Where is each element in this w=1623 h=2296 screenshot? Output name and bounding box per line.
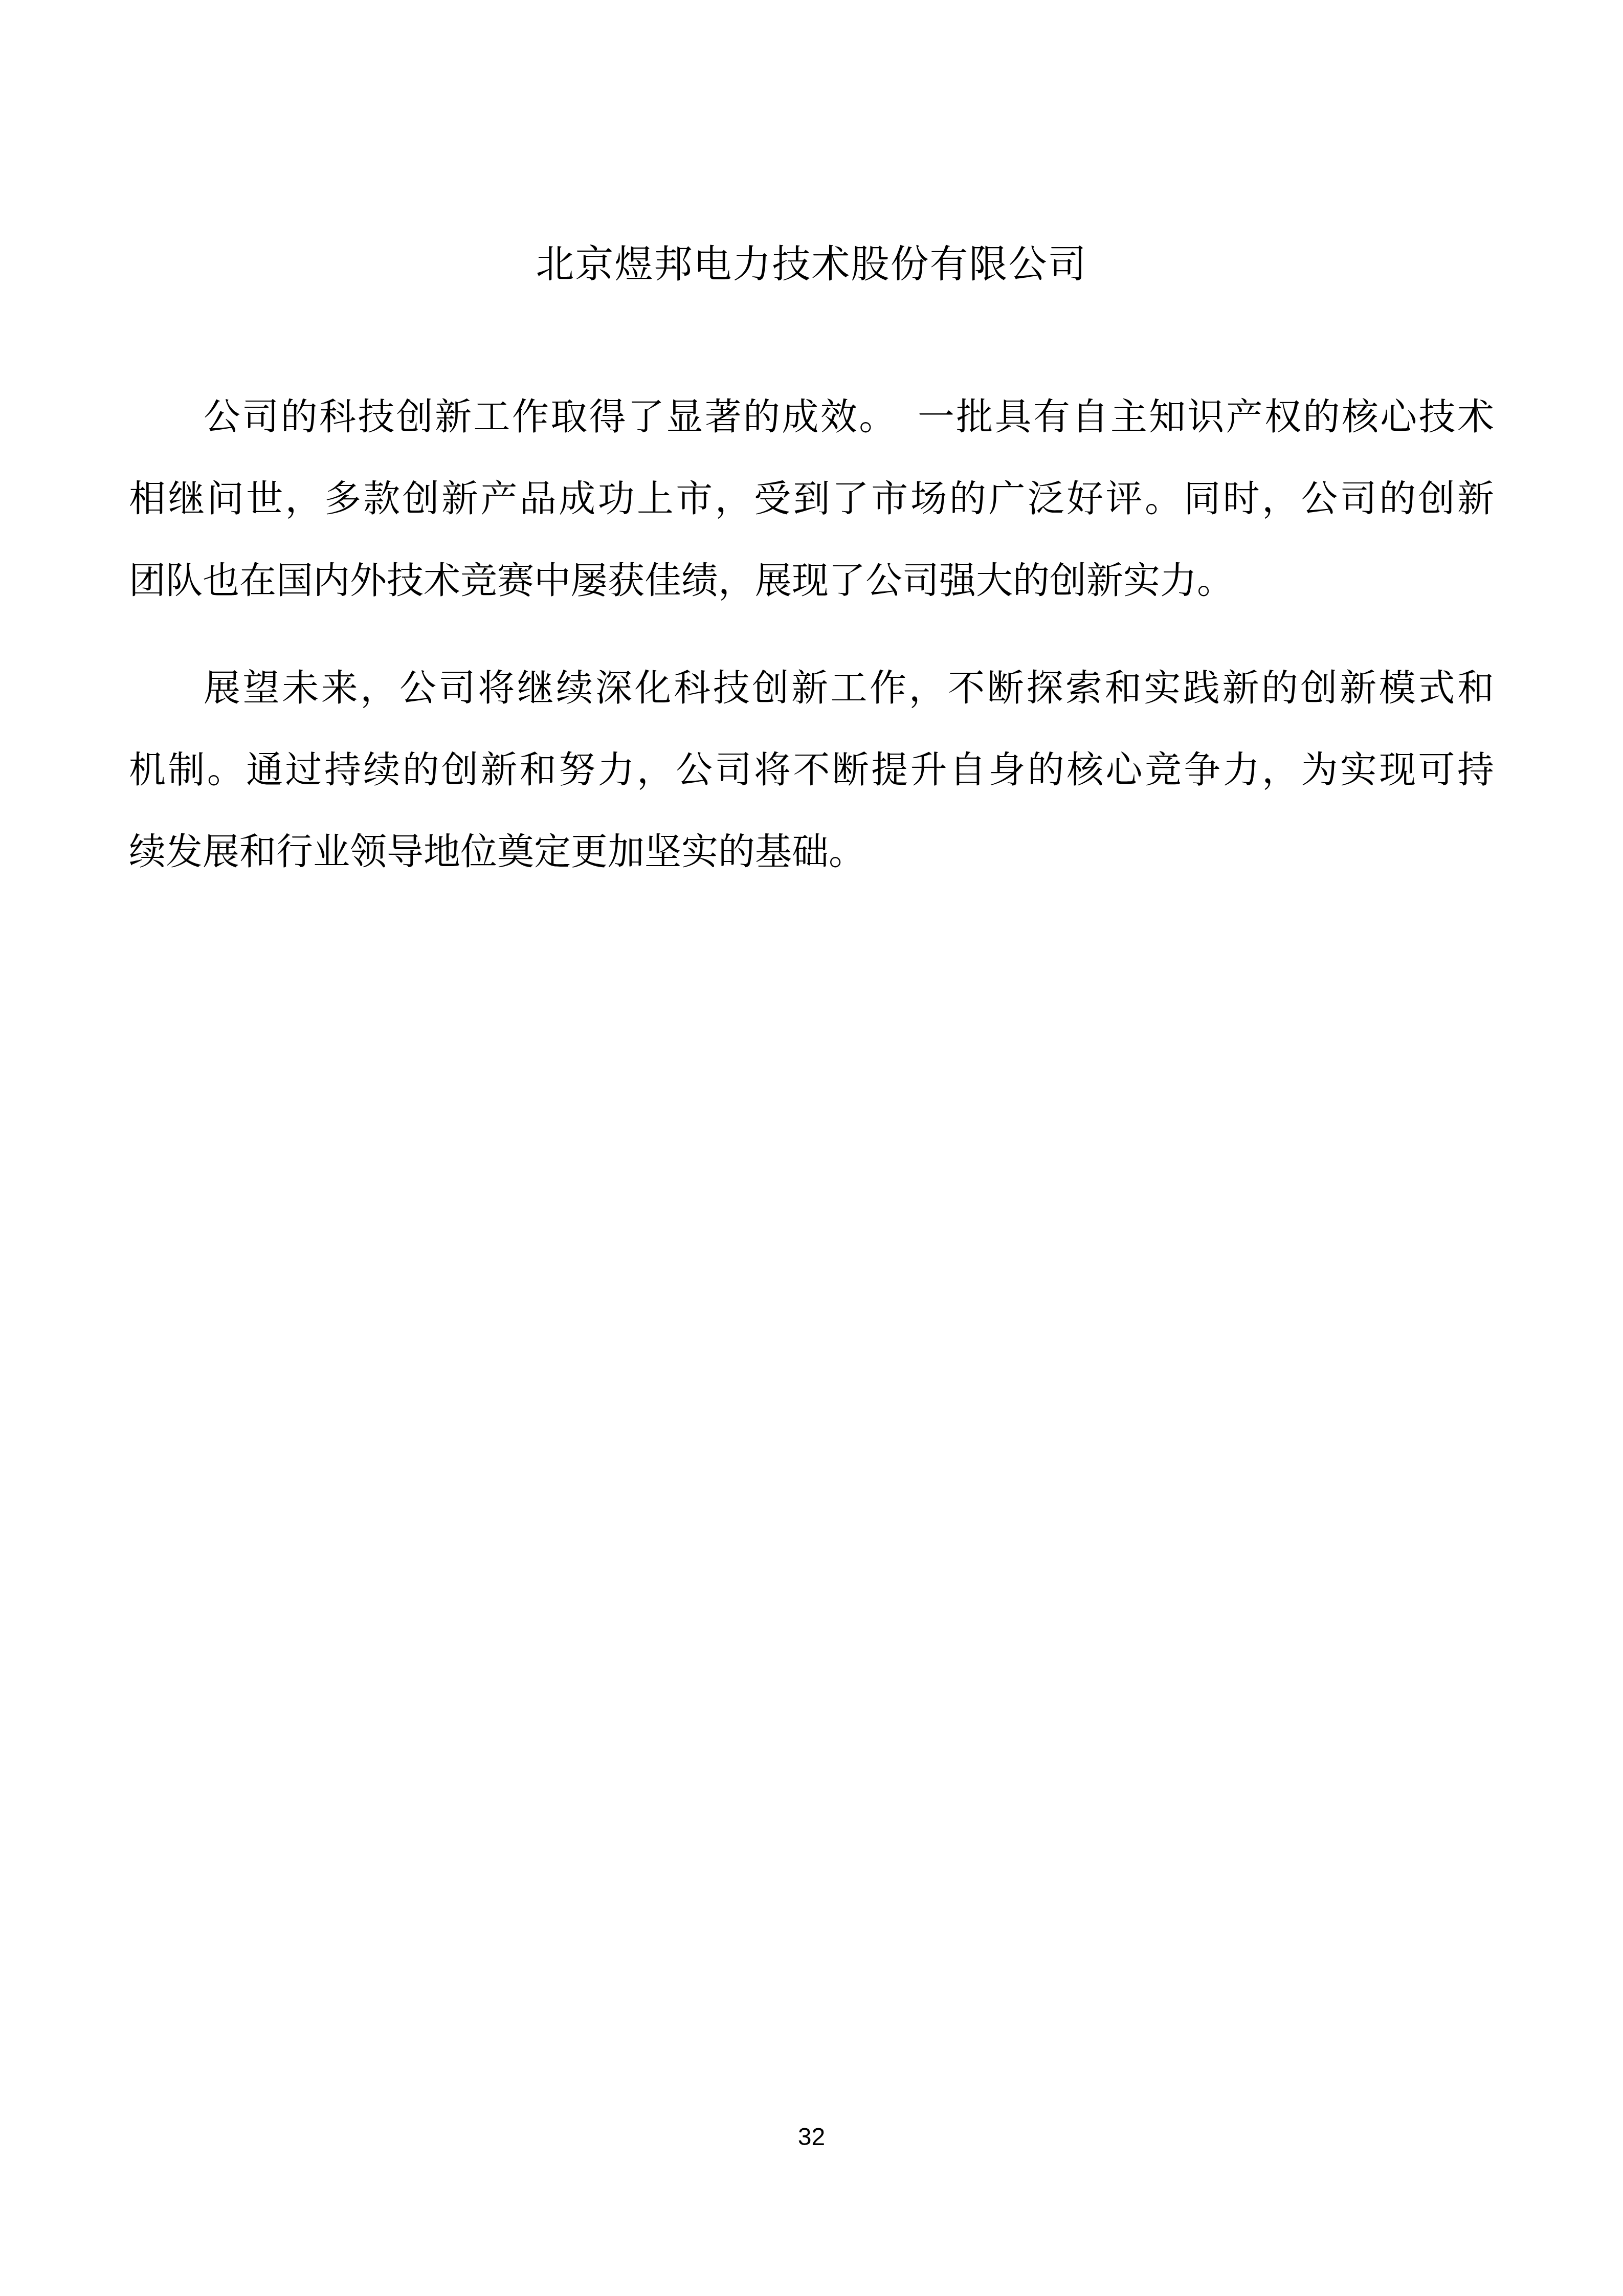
paragraph-1-line-1: 公司的科技创新工作取得了显著的成效。 一批具有自主知识产权的核心技术 [129, 376, 1494, 458]
document-title: 北京煜邦电力技术股份有限公司 [0, 239, 1623, 291]
document-body: 公司的科技创新工作取得了显著的成效。 一批具有自主知识产权的核心技术 相继问世，… [129, 376, 1494, 893]
paragraph-2: 展望未来，公司将继续深化科技创新工作，不断探索和实践新的创新模式和 机制。通过持… [129, 647, 1494, 893]
paragraph-2-line-1: 展望未来，公司将继续深化科技创新工作，不断探索和实践新的创新模式和 [129, 647, 1494, 729]
document-page: 北京煜邦电力技术股份有限公司 公司的科技创新工作取得了显著的成效。 一批具有自主… [0, 0, 1623, 2296]
paragraph-1: 公司的科技创新工作取得了显著的成效。 一批具有自主知识产权的核心技术 相继问世，… [129, 376, 1494, 622]
paragraph-2-line-3: 续发展和行业领导地位奠定更加坚实的基础。 [129, 811, 1494, 893]
paragraph-1-line-3: 团队也在国内外技术竞赛中屡获佳绩，展现了公司强大的创新实力。 [129, 540, 1494, 622]
paragraph-1-line-2: 相继问世，多款创新产品成功上市，受到了市场的广泛好评。同时，公司的创新 [129, 458, 1494, 540]
paragraph-2-line-2: 机制。通过持续的创新和努力，公司将不断提升自身的核心竞争力，为实现可持 [129, 729, 1494, 811]
page-number: 32 [0, 2122, 1623, 2153]
